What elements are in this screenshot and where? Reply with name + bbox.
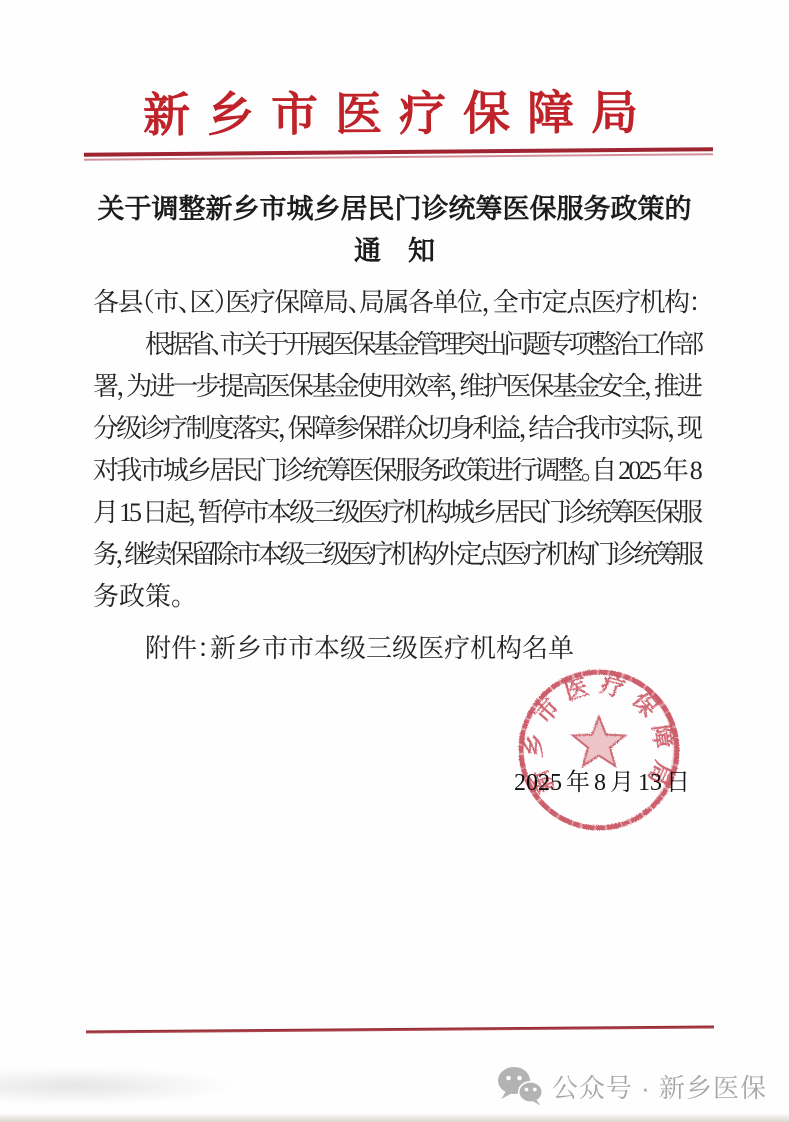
agency-letterhead: 新乡市医疗保障局 <box>0 88 789 144</box>
body-line: 月 15 日起，暂停市本级三级医疗机构城乡居民门诊统筹医保服 <box>93 492 700 534</box>
scan-smudge <box>0 1068 233 1104</box>
wechat-watermark: 公众号 · 新乡医保 <box>497 1066 767 1106</box>
body-line: 分级诊疗制度落实，保障参保群众切身利益，结合我市实际，现 <box>93 408 700 450</box>
scan-bottom-edge <box>0 1113 789 1122</box>
body-line: 署，为进一步提高医保基金使用效率，维护医保基金安全，推进 <box>93 366 700 408</box>
star-icon <box>573 717 625 766</box>
wechat-account-label: 公众号 · 新乡医保 <box>552 1068 767 1105</box>
body-line: 根据省、市关于开展医保基金管理突出问题专项整治工作部 <box>93 324 700 366</box>
official-seal: 新乡市医疗保障局 <box>513 664 685 836</box>
notice-title-line1: 关于调整新乡市城乡居民门诊统筹医保服务政策的 <box>55 188 734 230</box>
wechat-icon <box>497 1066 543 1106</box>
page-footer-rule <box>86 1026 714 1034</box>
notice-title: 关于调整新乡市城乡居民门诊统筹医保服务政策的 通 知 <box>55 188 734 272</box>
notice-body: 各县（市、区）医疗保障局、局属各单位，全市定点医疗机构： 根据省、市关于开展医保… <box>93 282 700 670</box>
notice-title-line2: 通 知 <box>55 230 734 272</box>
body-line: 务政策。 <box>93 576 700 618</box>
body-line: 对我市城乡居民门诊统筹医保服务政策进行调整。自 2025 年 8 <box>93 450 700 492</box>
body-line: 务，继续保留除市本级三级医疗机构外定点医疗机构门诊统筹服 <box>93 534 700 576</box>
letterhead-rule <box>84 147 713 160</box>
scanned-notice-page: 新乡市医疗保障局 关于调整新乡市城乡居民门诊统筹医保服务政策的 通 知 各县（市… <box>0 0 789 1122</box>
salutation-line: 各县（市、区）医疗保障局、局属各单位，全市定点医疗机构： <box>93 282 700 324</box>
